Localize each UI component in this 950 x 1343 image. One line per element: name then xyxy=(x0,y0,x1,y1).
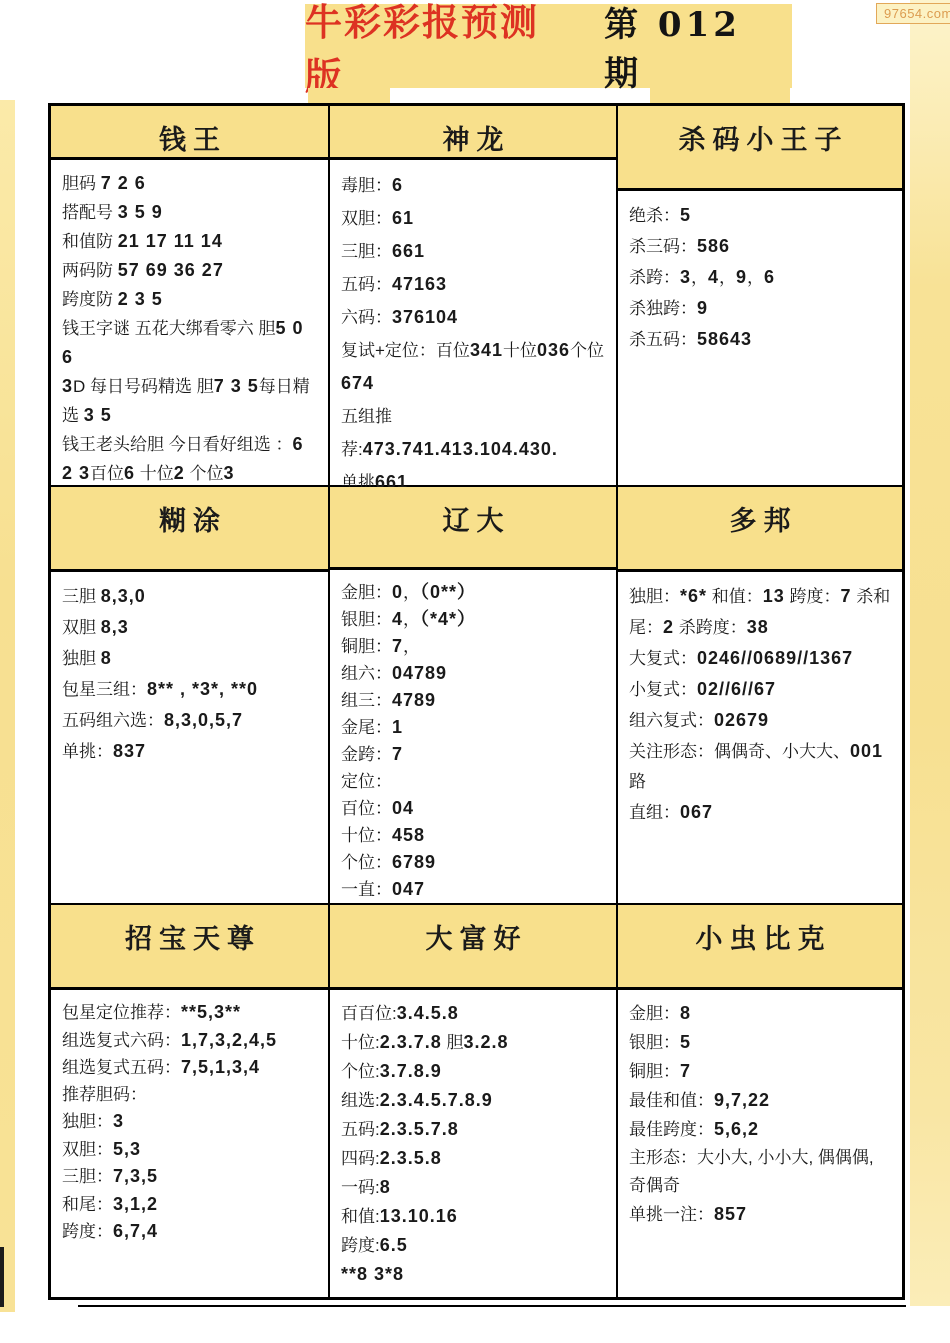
left-edge-mark xyxy=(0,1247,4,1307)
right-margin-strip xyxy=(910,0,950,1306)
panel-line: 金跨：7 xyxy=(341,741,606,768)
panel-line: 和值:13.10.16 xyxy=(341,1202,606,1231)
panel-line: 一直：047 xyxy=(341,876,606,903)
panel-line: 银胆：5 xyxy=(629,1028,892,1057)
panel-line: 杀跨：3，4，9，6 xyxy=(629,262,892,293)
panel-line: 关注形态：偶偶奇、小大大、001路 xyxy=(629,736,892,797)
panel-line: 两码防 57 69 36 27 xyxy=(62,256,318,285)
panel-line: 六码：376104 xyxy=(341,301,606,334)
prediction-table: 钱王 胆码 7 2 6搭配号 3 5 9和值防 21 17 11 14两码防 5… xyxy=(48,103,905,1300)
panel-title: 大富好 xyxy=(419,917,528,956)
panel-line: 包星定位推荐：**5,3** xyxy=(62,999,318,1027)
panel-body: 胆码 7 2 6搭配号 3 5 9和值防 21 17 11 14两码防 57 6… xyxy=(51,160,328,488)
panel-title: 招宝天尊 xyxy=(118,917,261,956)
panel-line: 搭配号 3 5 9 xyxy=(62,198,318,227)
panel-line: 个位:3.7.8.9 xyxy=(341,1057,606,1086)
panel-body: 包星定位推荐：**5,3**组选复式六码：1,7,3,2,4,5组选复式五码：7… xyxy=(51,990,328,1297)
panel-body: 独胆：*6* 和值：13 跨度：7 杀和尾：2 杀跨度：38大复式：0246//… xyxy=(618,572,902,903)
panel-shama-xiaowangzi: 杀码小王子 绝杀：5杀三码：586杀跨：3，4，9，6杀独跨：9杀五码：5864… xyxy=(618,106,902,487)
panel-line: 复试+定位：百位341十位036个位674 xyxy=(341,334,606,400)
panel-line: **8 3*8 xyxy=(341,1260,606,1289)
panel-xiaochong-bike: 小虫比克 金胆：8银胆：5铜胆：7最佳和值：9,7,22最佳跨度：5,6,2主形… xyxy=(618,905,902,1297)
panel-title: 钱王 xyxy=(152,118,227,157)
panel-line: 五码:2.3.5.7.8 xyxy=(341,1115,606,1144)
title-tab-right xyxy=(650,88,790,103)
panel-line: 银胆：4，（*4*） xyxy=(341,606,606,633)
panel-line: 组选:2.3.4.5.7.8.9 xyxy=(341,1086,606,1115)
left-margin-strip xyxy=(0,100,15,1312)
page-title: 牛彩彩报预测版 第 012 期 xyxy=(305,4,792,88)
panel-line: 最佳和值：9,7,22 xyxy=(629,1086,892,1115)
panel-line: 胆码 7 2 6 xyxy=(62,169,318,198)
panel-line: 杀独跨：9 xyxy=(629,293,892,324)
panel-line: 百位：04 xyxy=(341,795,606,822)
panel-line: 金尾：1 xyxy=(341,714,606,741)
panel-line: 个位：6789 xyxy=(341,849,606,876)
panel-line: 三胆：661 xyxy=(341,235,606,268)
panel-line: 三胆 8,3,0 xyxy=(62,581,318,612)
panel-title: 糊涂 xyxy=(152,499,227,538)
panel-line: 五码：47163 xyxy=(341,268,606,301)
panel-header: 大富好 xyxy=(330,905,616,990)
lottery-prediction-page: { "title": { "brand": "牛彩彩报预测版", "issue"… xyxy=(0,0,950,1343)
bottom-double-rule xyxy=(78,1305,906,1307)
watermark-badge: 97654.com xyxy=(876,3,950,24)
panel-line: 组六：04789 xyxy=(341,660,606,687)
panel-line: 一码:8 xyxy=(341,1173,606,1202)
panel-header: 钱王 xyxy=(51,106,328,160)
panel-line: 铜胆：7， xyxy=(341,633,606,660)
panel-body: 百百位:3.4.5.8十位:2.3.7.8 胆3.2.8个位:3.7.8.9组选… xyxy=(330,990,616,1297)
panel-line: 3D 每日号码精选 胆7 3 5每日精选 3 5 xyxy=(62,372,318,430)
panel-line: 十位:2.3.7.8 胆3.2.8 xyxy=(341,1028,606,1057)
panel-line: 百百位:3.4.5.8 xyxy=(341,999,606,1028)
panel-duobang: 多邦 独胆：*6* 和值：13 跨度：7 杀和尾：2 杀跨度：38大复式：024… xyxy=(618,487,902,905)
panel-line: 组六复式：02679 xyxy=(629,705,892,736)
panel-line: 单挑：837 xyxy=(62,736,318,767)
panel-header: 杀码小王子 xyxy=(618,106,902,191)
title-tab-left xyxy=(308,88,390,103)
panel-title: 小虫比克 xyxy=(689,917,832,956)
panel-line: 和尾：3,1,2 xyxy=(62,1191,318,1219)
panel-line: 组三：4789 xyxy=(341,687,606,714)
panel-line: 定位： xyxy=(341,768,606,795)
panel-line: 绝杀：5 xyxy=(629,200,892,231)
panel-body: 金胆：8银胆：5铜胆：7最佳和值：9,7,22最佳跨度：5,6,2主形态：大小大… xyxy=(618,990,902,1297)
panel-line: 独胆：3 xyxy=(62,1108,318,1136)
panel-line: 组选复式五码：7,5,1,3,4 xyxy=(62,1054,318,1082)
page-title-brand: 牛彩彩报预测版 xyxy=(305,0,574,100)
panel-header: 糊涂 xyxy=(51,487,328,572)
panel-line: 双胆 8,3 xyxy=(62,612,318,643)
panel-line: 和值防 21 17 11 14 xyxy=(62,227,318,256)
panel-line: 大复式：0246//0689//1367 xyxy=(629,643,892,674)
panel-title: 辽大 xyxy=(436,499,511,538)
panel-title: 神龙 xyxy=(436,118,511,157)
panel-line: 主形态：大小大, 小小大, 偶偶偶, 奇偶奇 xyxy=(629,1144,892,1200)
panel-line: 杀五码：58643 xyxy=(629,324,892,355)
panel-line: 铜胆：7 xyxy=(629,1057,892,1086)
panel-body: 金胆：0，（0**）银胆：4，（*4*）铜胆：7，组六：04789组三：4789… xyxy=(330,570,616,903)
panel-line: 杀三码：586 xyxy=(629,231,892,262)
panel-zhaobao-tianzun: 招宝天尊 包星定位推荐：**5,3**组选复式六码：1,7,3,2,4,5组选复… xyxy=(51,905,330,1297)
panel-header: 招宝天尊 xyxy=(51,905,328,990)
panel-hutu: 糊涂 三胆 8,3,0双胆 8,3独胆 8包星三组：8** , *3*, **0… xyxy=(51,487,330,905)
panel-line: 独胆：*6* 和值：13 跨度：7 杀和尾：2 杀跨度：38 xyxy=(629,581,892,643)
panel-body: 绝杀：5杀三码：586杀跨：3，4，9，6杀独跨：9杀五码：58643 xyxy=(618,191,902,485)
panel-dafuhao: 大富好 百百位:3.4.5.8十位:2.3.7.8 胆3.2.8个位:3.7.8… xyxy=(330,905,618,1297)
panel-line: 独胆 8 xyxy=(62,643,318,674)
panel-line: 五组推荐:473.741.413.104.430. xyxy=(341,400,606,466)
panel-line: 跨度：6,7,4 xyxy=(62,1218,318,1246)
panel-liaoda: 辽大 金胆：0，（0**）银胆：4，（*4*）铜胆：7，组六：04789组三：4… xyxy=(330,487,618,905)
panel-line: 金胆：8 xyxy=(629,999,892,1028)
panel-line: 三胆：7,3,5 xyxy=(62,1163,318,1191)
panel-line: 钱王老头给胆 今日看好组选 ：6 2 3百位6 十位2 个位3 xyxy=(62,430,318,488)
panel-line: 组选复式六码：1,7,3,2,4,5 xyxy=(62,1027,318,1055)
panel-line: 包星三组：8** , *3*, **0 xyxy=(62,674,318,705)
panel-body: 三胆 8,3,0双胆 8,3独胆 8包星三组：8** , *3*, **0五码组… xyxy=(51,572,328,903)
panel-line: 直组：067 xyxy=(629,797,892,828)
panel-line: 十位：458 xyxy=(341,822,606,849)
panel-header: 辽大 xyxy=(330,487,616,570)
panel-title: 多邦 xyxy=(723,499,798,538)
panel-line: 跨度防 2 3 5 xyxy=(62,285,318,314)
panel-shenlong: 神龙 毒胆：6双胆：61三胆：661五码：47163六码：376104复试+定位… xyxy=(330,106,618,487)
page-title-issue: 第 012 期 xyxy=(604,0,792,95)
panel-line: 双胆：61 xyxy=(341,202,606,235)
panel-line: 毒胆：6 xyxy=(341,169,606,202)
panel-line: 四码:2.3.5.8 xyxy=(341,1144,606,1173)
panel-line: 五码组六选：8,3,0,5,7 xyxy=(62,705,318,736)
panel-line: 钱王字谜 五花大绑看零六 胆5 0 6 xyxy=(62,314,318,372)
panel-line: 双胆：5,3 xyxy=(62,1136,318,1164)
panel-line: 最佳跨度：5,6,2 xyxy=(629,1115,892,1144)
panel-header: 神龙 xyxy=(330,106,616,160)
panel-header: 小虫比克 xyxy=(618,905,902,990)
panel-line: 推荐胆码： xyxy=(62,1082,318,1109)
panel-body: 毒胆：6双胆：61三胆：661五码：47163六码：376104复试+定位：百位… xyxy=(330,160,616,499)
panel-line: 金胆：0，（0**） xyxy=(341,579,606,606)
panel-qianwang: 钱王 胆码 7 2 6搭配号 3 5 9和值防 21 17 11 14两码防 5… xyxy=(51,106,330,487)
panel-line: 单挑一注：857 xyxy=(629,1200,892,1229)
panel-line: 跨度:6.5 xyxy=(341,1231,606,1260)
panel-line: 小复式：02//6//67 xyxy=(629,674,892,705)
panel-header: 多邦 xyxy=(618,487,902,572)
panel-title: 杀码小王子 xyxy=(672,118,849,157)
